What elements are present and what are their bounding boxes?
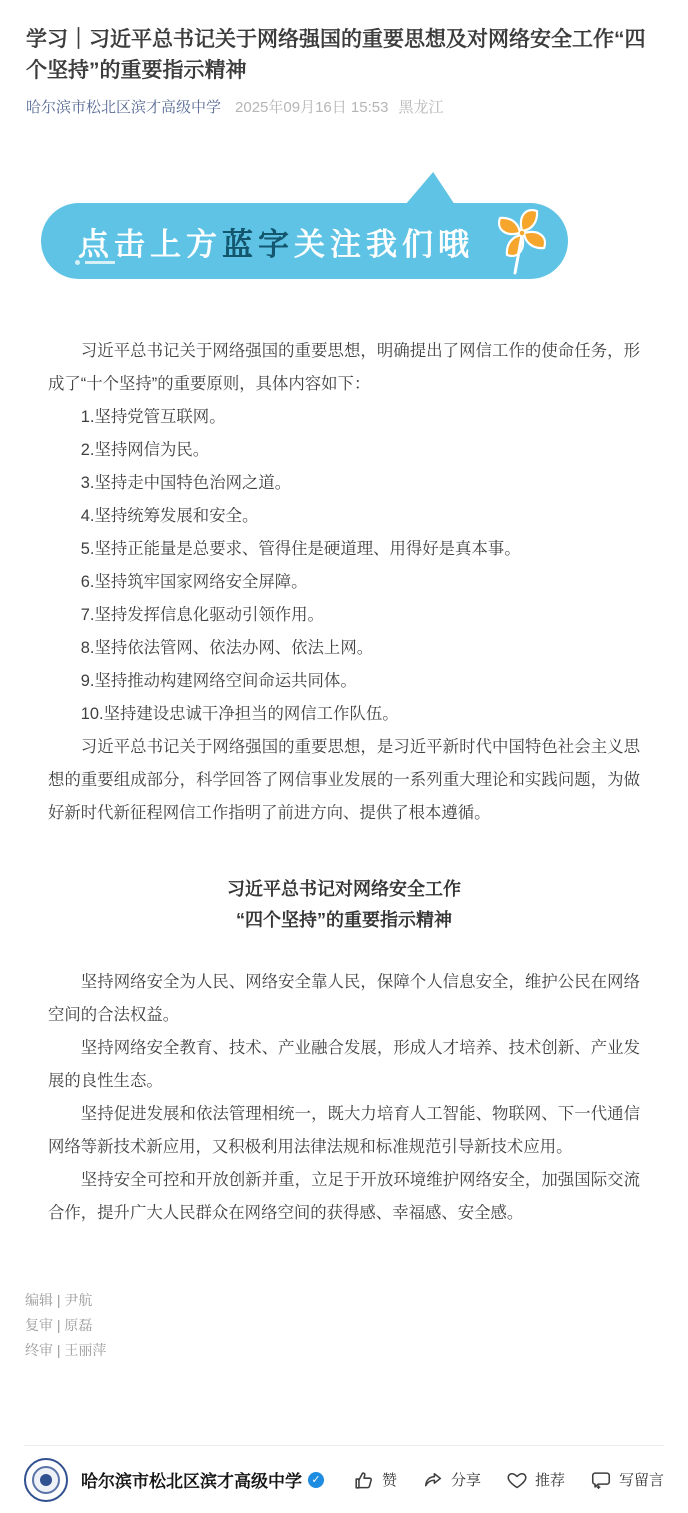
follow-banner-bubble: 点击上方蓝字关注我们哦 <box>41 203 568 279</box>
thumbs-up-icon <box>353 1469 375 1491</box>
account-avatar[interactable] <box>24 1458 68 1502</box>
share-button[interactable]: 分享 <box>422 1469 481 1491</box>
list-item: 1.坚持党管互联网。 <box>48 401 640 434</box>
list-item: 10.坚持建设忠诚干净担当的网信工作队伍。 <box>48 698 640 731</box>
comment-icon <box>590 1469 612 1491</box>
footer-actions: 赞 分享 推荐 写留言 <box>328 1469 664 1491</box>
list-item: 2.坚持网信为民。 <box>48 434 640 467</box>
follow-banner-text: 点击上方蓝字关注我们哦 <box>78 219 474 264</box>
footer-bar: 哈尔滨市松北区滨才高级中学 ✓ 赞 分享 推荐 <box>24 1445 664 1513</box>
byline: 哈尔滨市松北区滨才高级中学 2025年09月16日 15:53 黑龙江 <box>26 96 662 117</box>
paragraph: 坚持促进发展和依法管理相统一，既大力培育人工智能、物联网、下一代通信网络等新技术… <box>48 1098 640 1164</box>
recommend-button[interactable]: 推荐 <box>506 1469 565 1491</box>
list-item: 4.坚持统筹发展和安全。 <box>48 500 640 533</box>
footer-account-name[interactable]: 哈尔滨市松北区滨才高级中学 <box>81 1467 302 1492</box>
list-item: 5.坚持正能量是总要求、管得住是硬道理、用得好是真本事。 <box>48 533 640 566</box>
page-title: 学习｜习近平总书记关于网络强国的重要思想及对网络安全工作“四个坚持”的重要指示精… <box>26 24 662 86</box>
list-item: 7.坚持发挥信息化驱动引领作用。 <box>48 599 640 632</box>
account-link[interactable]: 哈尔滨市松北区滨才高级中学 <box>26 96 221 117</box>
heart-icon <box>506 1469 528 1491</box>
article-body: 习近平总书记关于网络强国的重要思想，明确提出了网信工作的使命任务，形成了“十个坚… <box>48 335 640 1230</box>
paragraph: 习近平总书记关于网络强国的重要思想，是习近平新时代中国特色社会主义思想的重要组成… <box>48 731 640 830</box>
list-item: 8.坚持依法管网、依法办网、依法上网。 <box>48 632 640 665</box>
publish-location: 黑龙江 <box>398 96 443 117</box>
section-subheading: 习近平总书记对网络安全工作 “四个坚持”的重要指示精神 <box>48 874 640 936</box>
list-item: 3.坚持走中国特色治网之道。 <box>48 467 640 500</box>
paragraph: 坚持网络安全教育、技术、产业融合发展，形成人才培养、技术创新、产业发展的良性生态… <box>48 1032 640 1098</box>
verified-badge-icon: ✓ <box>308 1472 324 1488</box>
subheading-line: “四个坚持”的重要指示精神 <box>48 905 640 936</box>
list-item: 9.坚持推动构建网络空间命运共同体。 <box>48 665 640 698</box>
share-icon <box>422 1469 444 1491</box>
paragraph: 习近平总书记关于网络强国的重要思想，明确提出了网信工作的使命任务，形成了“十个坚… <box>48 335 640 401</box>
credit-line: 终审 | 王丽萍 <box>25 1338 688 1363</box>
like-button[interactable]: 赞 <box>353 1469 397 1491</box>
footer-account[interactable]: 哈尔滨市松北区滨才高级中学 ✓ <box>24 1458 324 1502</box>
subheading-line: 习近平总书记对网络安全工作 <box>48 874 640 905</box>
bubble-decoration <box>75 260 115 265</box>
credit-line: 编辑 | 尹航 <box>25 1288 688 1313</box>
comment-button[interactable]: 写留言 <box>590 1469 664 1491</box>
bubble-tail <box>403 172 455 205</box>
article-page: 学习｜习近平总书记关于网络强国的重要思想及对网络安全工作“四个坚持”的重要指示精… <box>0 0 688 1513</box>
paragraph: 坚持网络安全为人民、网络安全靠人民，保障个人信息安全，维护公民在网络空间的合法权… <box>48 966 640 1032</box>
publish-date: 2025年09月16日 15:53 <box>235 96 388 117</box>
list-item: 6.坚持筑牢国家网络安全屏障。 <box>48 566 640 599</box>
editor-credits: 编辑 | 尹航 复审 | 原磊 终审 | 王丽萍 <box>25 1288 688 1363</box>
credit-line: 复审 | 原磊 <box>25 1313 688 1338</box>
pinwheel-icon <box>482 207 560 279</box>
paragraph: 坚持安全可控和开放创新并重，立足于开放环境维护网络安全，加强国际交流合作，提升广… <box>48 1164 640 1230</box>
follow-banner-image: 点击上方蓝字关注我们哦 <box>0 147 688 319</box>
